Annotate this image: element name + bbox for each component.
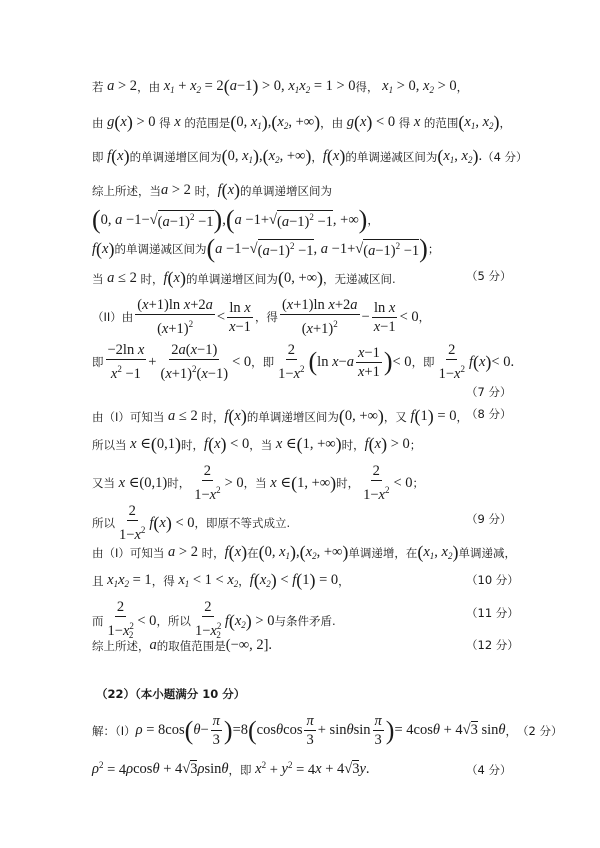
text: 时， [342, 437, 365, 453]
text-line-14: 由（I）可知当 a > 2 时， f(x) 在 (0, x1),(x2, +∞)… [92, 542, 516, 563]
text-line-10: 由（I）可知当 a ≤ 2 时， f(x) 的单调递增区间为 (0, +∞) ，… [92, 406, 468, 427]
text: 综上所述， [92, 638, 150, 654]
text: 所以 [92, 515, 115, 531]
text: 的单调递减区间为 [114, 241, 206, 257]
text: ，得 [255, 309, 278, 325]
text: 由（I）可知当 [92, 409, 164, 425]
score-label: （10 分） [466, 572, 519, 588]
text-line-13: 所以 21−x2 f(x) < 0 ，即原不等式成立. [92, 502, 290, 544]
text-line-20: ρ2 = 4ρcosθ + 4√3ρsinθ， 即 x2 + y2 = 4x +… [92, 760, 370, 779]
text-line-8: （II）由 (x+1)ln x+2a(x+1)2 < ln xx−1 ，得 (x… [92, 296, 430, 338]
text: ，当 [249, 437, 272, 453]
text-line-7: 当 a ≤ 2 时， f(x) 的单调递增区间为 (0, +∞) ，无递减区间. [92, 268, 396, 289]
text: 由 [332, 115, 344, 131]
text-line-1: 若 a > 2 ，由 x1 + x2 = 2(a−1) > 0, x1x2 = … [92, 76, 468, 97]
text: ，无递减区间. [323, 271, 396, 287]
text-line-17: 综上所述， a 的取值范围是 (−∞, 2]. [92, 637, 272, 654]
text: 时， [167, 475, 190, 491]
text: 时， [336, 475, 359, 491]
text-line-15: 且 x1x2 = 1， 得 x1 < 1 < x2， f(x2) < f(1) … [92, 570, 350, 591]
text-line-19: 解：（I） ρ = 8cos(θ− π3) =8(cosθcos π3 + si… [92, 712, 563, 749]
text: 得， [356, 79, 379, 95]
text-line-2: 由 g(x) > 0 得 x 的范围是 (0, x1),(x2, +∞)， 由 … [92, 112, 511, 133]
text: 在 [247, 545, 259, 561]
text: 若 [92, 79, 104, 95]
score-label: （7 分） [466, 384, 511, 400]
text: 时， [181, 437, 204, 453]
score-label: （12 分） [466, 637, 519, 653]
text-line-3: 即 f(x) 的单调递增区间为 (0, x1),(x2, +∞)， f(x) 的… [92, 146, 528, 167]
text: 单调递增，在 [348, 545, 417, 561]
text: 即 [92, 354, 104, 370]
text: 解：（I） [92, 723, 136, 739]
text: 的单调递减区间为 [345, 149, 437, 165]
text: 的单调递增区间为 [240, 183, 332, 199]
text: 由 [92, 115, 104, 131]
text: 又当 [92, 475, 115, 491]
text-line-12: 又当 x ∈(0,1) 时， 21−x2 > 0 ，当 x ∈(1, +∞) 时… [92, 462, 424, 504]
text: ，即 [412, 354, 435, 370]
score-label: （5 分） [466, 268, 511, 284]
text: （II）由 [92, 309, 133, 325]
text: 时， [140, 271, 163, 287]
text: ，即 [251, 354, 274, 370]
text: 的范围 [424, 115, 459, 131]
text: ，所以 [156, 613, 191, 629]
section-heading-22: （22）（本小题满分 10 分） [96, 686, 245, 702]
text: ，当 [244, 475, 267, 491]
score-label: （11 分） [466, 605, 519, 621]
text: ，又 [384, 409, 407, 425]
score-label: （8 分） [466, 406, 511, 422]
text: 的单调递增区间为 [247, 409, 339, 425]
text-line-9: 即 −2ln xx2 −1 + 2a(x−1)(x+1)2(x−1) < 0 ，… [92, 341, 514, 383]
text: 的范围是 [184, 115, 230, 131]
text: 的单调递增区间为 [186, 271, 278, 287]
score-label: （4 分） [466, 762, 511, 778]
score-label: （9 分） [466, 511, 511, 527]
text: 综上所述，当 [92, 183, 161, 199]
text: 的取值范围是 [157, 638, 226, 654]
text-line-5: (0, a −1−√(a−1)2 −1),(a −1+√(a−1)2 −1, +… [92, 207, 379, 233]
text: 且 [92, 573, 104, 589]
text: 得 [159, 115, 171, 131]
text: 由 [149, 79, 161, 95]
text: 当 [92, 271, 104, 287]
text-line-4: 综上所述，当 a > 2 时， f(x) 的单调递增区间为 [92, 180, 332, 201]
text: 即 [240, 762, 252, 778]
text: ，即原不等式成立. [195, 515, 291, 531]
text-line-6: f(x) 的单调递减区间为 (a −1−√(a−1)2 −1, a −1+√(a… [92, 236, 439, 262]
text: 时， [202, 545, 225, 561]
score-label: （2 分） [517, 723, 562, 739]
text: 所以当 [92, 437, 127, 453]
text: 单调递减， [458, 545, 516, 561]
text: 时， [195, 183, 218, 199]
text: 得 [399, 115, 411, 131]
text: 得 [163, 573, 175, 589]
text-line-11: 所以当 x ∈(0,1) 时， f(x) < 0 ，当 x ∈(1, +∞) 时… [92, 434, 421, 455]
text: 时， [201, 409, 224, 425]
text: 由（I）可知当 [92, 545, 164, 561]
text: 的单调递增区间为 [130, 149, 222, 165]
score-label: （4 分） [482, 149, 527, 165]
text: 即 [92, 149, 104, 165]
text: 与条件矛盾. [274, 613, 335, 629]
text: 而 [92, 613, 104, 629]
